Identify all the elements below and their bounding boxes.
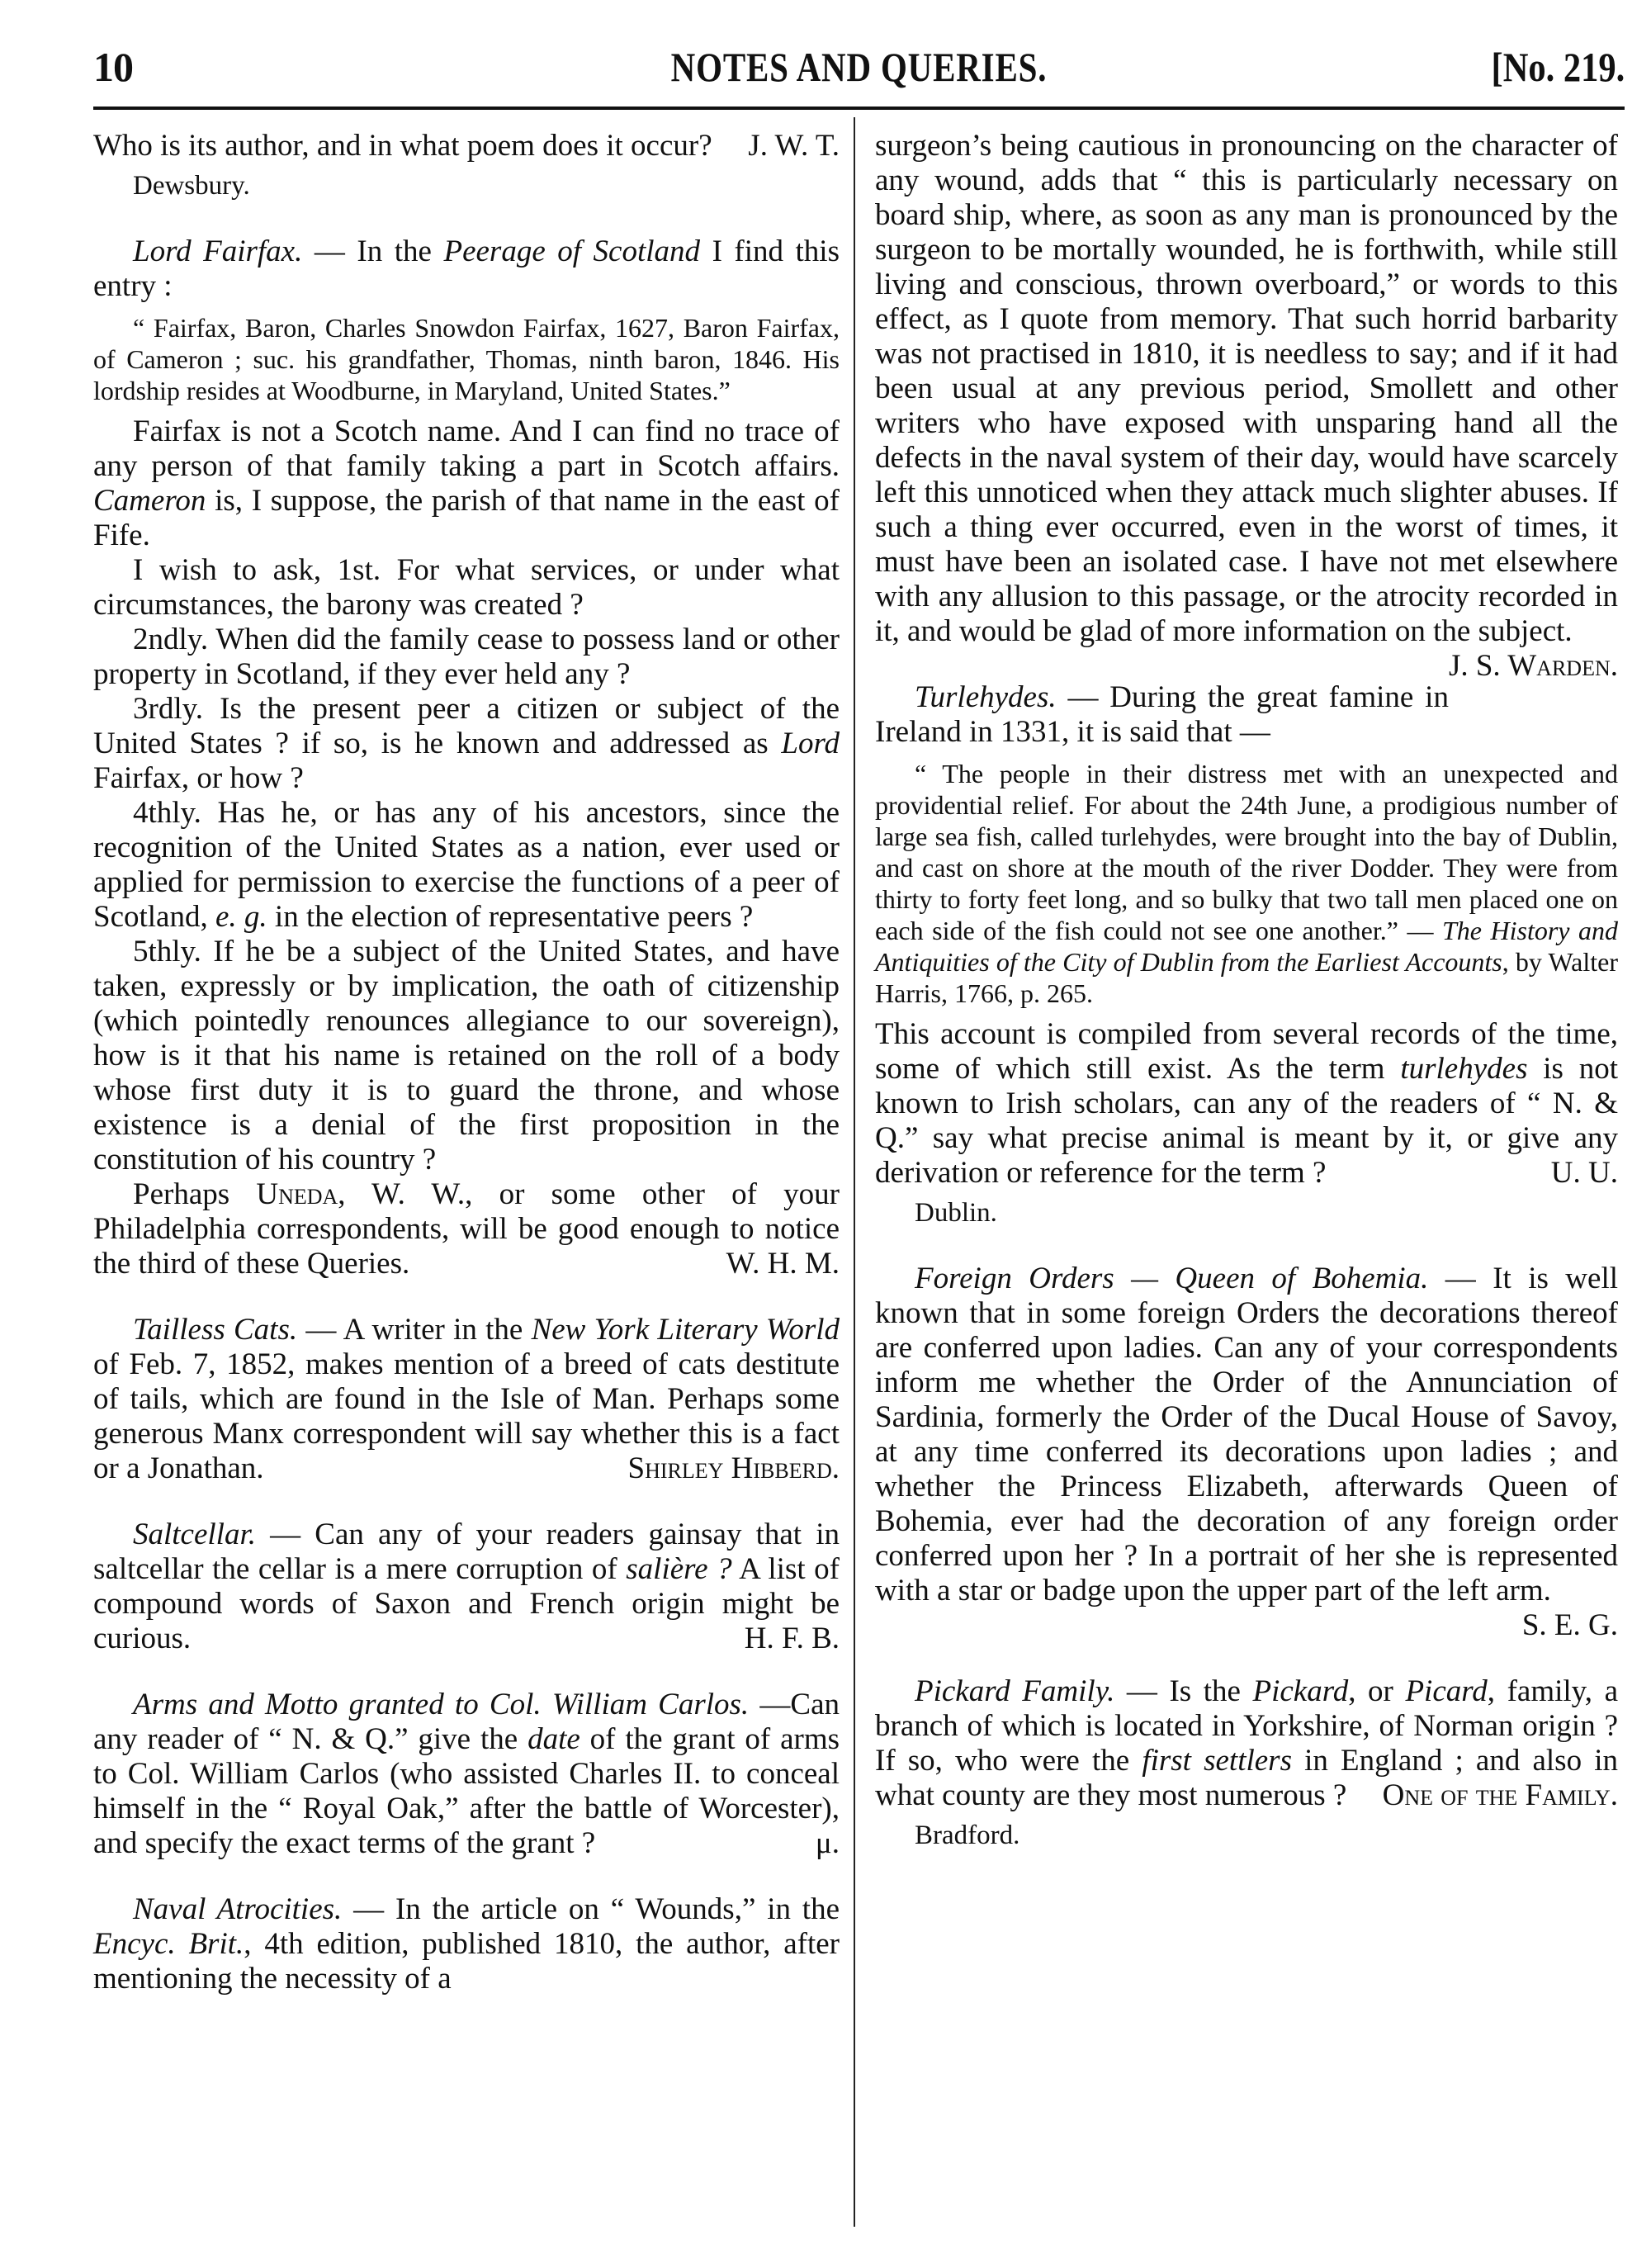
place-name: Dublin. <box>875 1196 1618 1230</box>
query-5: 5thly. If he be a subject of the United … <box>93 935 840 1177</box>
left-column: Who is its author, and in what poem does… <box>93 129 840 1996</box>
text: Perhaps <box>133 1177 256 1211</box>
italic-text: Lord <box>781 727 840 760</box>
page-number: 10 <box>93 43 133 91</box>
intro-query: Who is its author, and in what poem does… <box>93 129 840 163</box>
column-divider <box>854 117 855 2227</box>
italic-text: turlehydes <box>1400 1052 1527 1086</box>
correspondent-name: Uneda <box>256 1177 338 1211</box>
article-turlehydes: Turlehydes. — During the great famine in… <box>875 680 1618 750</box>
article-saltcellar: Saltcellar. — Can any of your readers ga… <box>93 1518 840 1656</box>
italic-text: Cameron <box>93 484 206 518</box>
book-title: Peerage of Scotland <box>443 234 700 268</box>
text: — It is well known that in some foreign … <box>875 1262 1618 1607</box>
text: — In the article on “ Wounds,” in the <box>342 1892 840 1926</box>
article-lord-fairfax: Lord Fairfax. — In the Peerage of Scotla… <box>93 234 840 304</box>
italic-text: e. g. <box>215 900 267 934</box>
query-2: 2ndly. When did the family cease to poss… <box>93 623 840 692</box>
article-heading: Arms and Motto granted to Col. William C… <box>133 1688 749 1721</box>
signature: μ. <box>816 1826 840 1861</box>
page-header: 10 NOTES AND QUERIES. [No. 219. <box>93 43 1625 92</box>
closing-paragraph: Perhaps Uneda, W. W., or some other of y… <box>93 1177 840 1281</box>
article-tailless-cats: Tailless Cats. — A writer in the New Yor… <box>93 1313 840 1486</box>
signature: Shirley Hibberd. <box>628 1451 840 1486</box>
article-heading: Naval Atrocities. <box>133 1892 342 1926</box>
text: , or <box>1348 1674 1405 1708</box>
article-heading: Turlehydes. <box>915 680 1057 714</box>
italic-text: date <box>527 1722 580 1756</box>
signature-line: S. E. G. <box>875 1608 1618 1643</box>
signature: U. U. <box>1551 1156 1618 1191</box>
signature: J. W. T. <box>748 129 840 163</box>
text: — In the <box>302 234 443 268</box>
intro-text: Who is its author, and in what poem does… <box>93 129 712 163</box>
query-4: 4thly. Has he, or has any of his ancesto… <box>93 796 840 935</box>
article-naval-atrocities: Naval Atrocities. — In the article on “ … <box>93 1892 840 1996</box>
text: Fairfax is not a Scotch name. And I can … <box>93 414 840 483</box>
text: Fairfax, or how ? <box>93 761 304 795</box>
issue-number: [No. 219. <box>1491 43 1625 91</box>
signature: One of the Family. <box>1383 1778 1618 1813</box>
block-quote: “ The people in their distress met with … <box>875 758 1618 1009</box>
naval-atrocities-continued: surgeon’s being cautious in pronouncing … <box>875 129 1618 649</box>
article-heading: Lord Fairfax. <box>133 234 302 268</box>
italic-text: first settlers <box>1142 1744 1292 1778</box>
publication-title: Encyc. Brit. <box>93 1927 244 1961</box>
article-pickard-family: Pickard Family. — Is the Pickard, or Pic… <box>875 1674 1618 1813</box>
text: — Is the <box>1114 1674 1252 1708</box>
signature: H. F. B. <box>745 1622 840 1656</box>
signature: W. H. M. <box>726 1247 840 1281</box>
article-arms-and-motto: Arms and Motto granted to Col. William C… <box>93 1688 840 1861</box>
article-foreign-orders: Foreign Orders — Queen of Bohemia. — It … <box>875 1262 1618 1608</box>
text: in the election of representative peers … <box>267 900 754 934</box>
right-column: surgeon’s being cautious in pronouncing … <box>875 129 1618 1853</box>
block-quote: “ Fairfax, Baron, Charles Snowdon Fairfa… <box>93 312 840 406</box>
italic-text: salière ? <box>626 1552 731 1586</box>
article-heading: Saltcellar. <box>133 1518 256 1551</box>
italic-text: Pickard <box>1252 1674 1348 1708</box>
italic-text: Picard <box>1405 1674 1487 1708</box>
text: is, I suppose, the parish of that name i… <box>93 484 840 552</box>
paragraph: Fairfax is not a Scotch name. And I can … <box>93 414 840 553</box>
header-rule <box>93 107 1625 110</box>
journal-title: NOTES AND QUERIES. <box>231 43 1487 91</box>
place-name: Bradford. <box>875 1818 1618 1853</box>
signature: J. S. Warden. <box>1449 649 1618 684</box>
query-1: I wish to ask, 1st. For what services, o… <box>93 553 840 623</box>
article-heading: Tailless Cats. <box>133 1313 297 1347</box>
paragraph: This account is compiled from several re… <box>875 1017 1618 1191</box>
article-heading: Pickard Family. <box>915 1674 1114 1708</box>
article-heading: Foreign Orders — Queen of Bohemia. <box>915 1262 1428 1295</box>
place-name: Dewsbury. <box>93 168 840 203</box>
text: surgeon’s being cautious in pronouncing … <box>875 129 1618 648</box>
query-3: 3rdly. Is the present peer a citizen or … <box>93 692 840 796</box>
text: 3rdly. Is the present peer a citizen or … <box>93 692 840 760</box>
publication-title: New York Literary World <box>532 1313 840 1347</box>
text: — A writer in the <box>297 1313 531 1347</box>
signature: S. E. G. <box>1522 1608 1618 1642</box>
